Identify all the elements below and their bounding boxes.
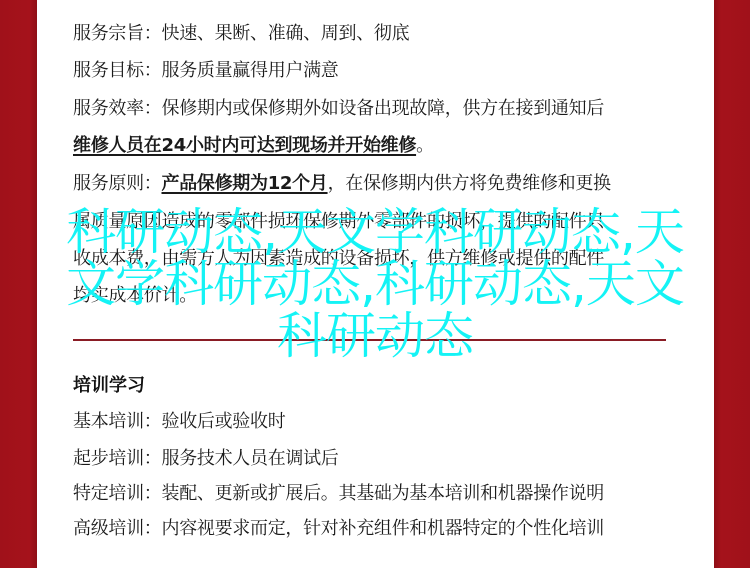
training-item-value: 装配、更新或扩展后。其基础为基本培训和机器操作说明	[162, 483, 605, 504]
training-item-label: 基本培训：	[73, 411, 162, 432]
service-efficiency-end: 。	[416, 135, 434, 156]
right-red-border	[714, 0, 750, 568]
training-item-value: 内容视要求而定，针对补充组件和机器特定的个性化培训	[162, 518, 605, 539]
training-item-label: 高级培训：	[73, 518, 162, 539]
service-goal-value: 服务质量赢得用户满意	[162, 60, 339, 81]
service-principle-line3: 收成本费，由需方人为因素造成的设备损坏，供方维修或提供的配件	[73, 247, 604, 271]
section-divider	[73, 339, 666, 341]
service-principle-emphasis: 产品保修期为12个月	[162, 173, 328, 194]
service-efficiency-label: 服务效率：	[73, 98, 162, 119]
service-principle-line2: 属质量原因造成的零部件损坏保修期外零部件的损坏，提供的配件只	[73, 210, 604, 234]
training-item: 特定培训：装配、更新或扩展后。其基础为基本培训和机器操作说明	[73, 482, 604, 506]
service-purpose-label: 服务宗旨：	[73, 23, 162, 44]
service-principle-value: ，在保修期内供方将免费维修和更换	[328, 173, 611, 194]
service-principle-label: 服务原则：	[73, 173, 162, 194]
service-purpose: 服务宗旨：快速、果断、准确、周到、彻底	[73, 22, 409, 46]
training-item: 基本培训：验收后或验收时	[73, 410, 285, 434]
training-item-value: 服务技术人员在调试后	[162, 448, 339, 469]
training-item: 高级培训：内容视要求而定，针对补充组件和机器特定的个性化培训	[73, 517, 604, 541]
service-efficiency-emphasis: 维修人员在24小时内可达到现场并开始维修	[73, 135, 416, 156]
service-efficiency-line2: 维修人员在24小时内可达到现场并开始维修。	[73, 134, 434, 158]
service-goal: 服务目标：服务质量赢得用户满意	[73, 59, 339, 83]
training-item-label: 特定培训：	[73, 483, 162, 504]
training-item-value: 验收后或验收时	[162, 411, 286, 432]
service-efficiency-value: 保修期内或保修期外如设备出现故障，供方在接到通知后	[162, 98, 605, 119]
training-title: 培训学习	[73, 374, 145, 398]
left-red-border	[0, 0, 37, 568]
service-efficiency: 服务效率：保修期内或保修期外如设备出现故障，供方在接到通知后	[73, 97, 604, 121]
service-principle-line4: 均实成本价计。	[73, 284, 197, 308]
training-item: 起步培训：服务技术人员在调试后	[73, 447, 339, 471]
training-item-label: 起步培训：	[73, 448, 162, 469]
service-goal-label: 服务目标：	[73, 60, 162, 81]
service-purpose-value: 快速、果断、准确、周到、彻底	[162, 23, 410, 44]
service-principle: 服务原则：产品保修期为12个月，在保修期内供方将免费维修和更换	[73, 172, 611, 196]
